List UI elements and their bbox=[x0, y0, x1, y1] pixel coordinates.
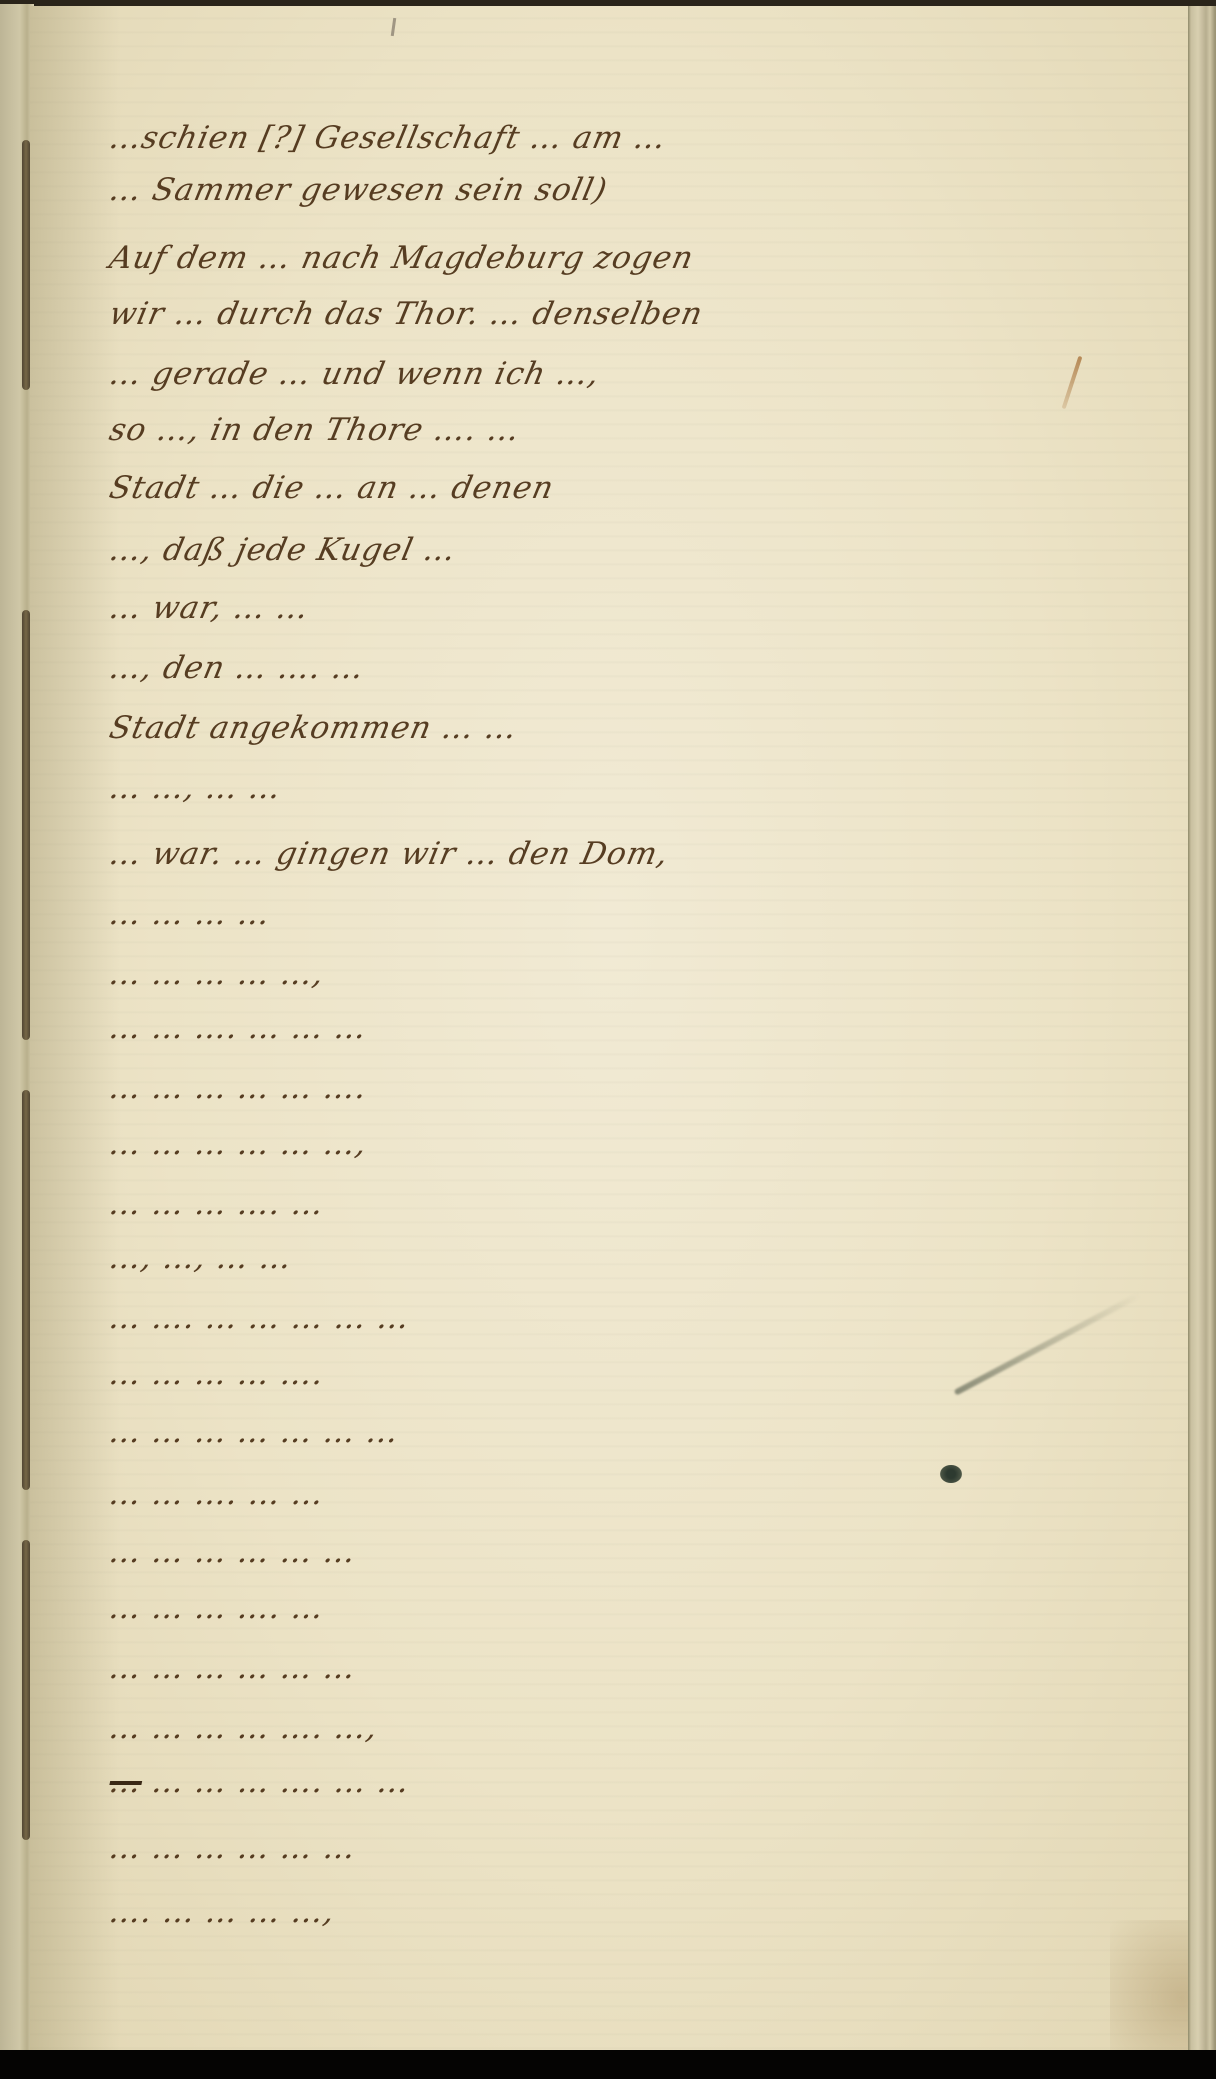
text-line: … …, … … bbox=[106, 770, 285, 806]
text-line: … … … …. … bbox=[106, 1186, 328, 1222]
binding-thread bbox=[22, 140, 30, 390]
text-line: Auf dem … nach Magdeburg zogen bbox=[106, 240, 697, 276]
text-line: … Sammer gewesen sein soll) bbox=[106, 172, 611, 208]
binding-thread bbox=[22, 1540, 30, 1840]
struck-word: … bbox=[106, 1764, 146, 1800]
text-line: … … … … …. …, bbox=[106, 1710, 382, 1746]
text-line: … … … … … …. bbox=[106, 1070, 371, 1106]
text-line: wir … durch das Thor. … denselben bbox=[106, 296, 706, 332]
text-line: … … … … … … bbox=[106, 1650, 360, 1686]
text-line: … …. … … … … … bbox=[106, 1300, 414, 1336]
text-line: … … …. … … bbox=[106, 1476, 328, 1512]
text-line: … … … … …. bbox=[106, 1356, 328, 1392]
line-text: … … … …. … … bbox=[149, 1764, 414, 1800]
text-line: …, den … …. … bbox=[106, 650, 368, 686]
text-line: Stadt angekommen … … bbox=[106, 710, 521, 746]
text-line: … war. … gingen wir … den Dom, bbox=[106, 836, 672, 872]
page-fore-edge bbox=[1188, 6, 1216, 2052]
text-line: … … …. … … … bbox=[106, 1010, 371, 1046]
text-line: … war, … … bbox=[106, 590, 313, 626]
text-line: … … … … … … bbox=[106, 1830, 360, 1866]
text-line: … … … … … …, bbox=[106, 1126, 371, 1162]
binding-thread bbox=[22, 610, 30, 1040]
text-line: …, daß jede Kugel … bbox=[106, 532, 460, 568]
text-line: … … … … … … bbox=[106, 1534, 360, 1570]
text-line: … … … … …, bbox=[106, 956, 328, 992]
text-line: …, …, … … bbox=[106, 1240, 296, 1276]
scan-bottom-border bbox=[0, 2050, 1216, 2079]
text-line: so …, in den Thore …. … bbox=[106, 412, 524, 448]
text-line: …. … … … …, bbox=[106, 1894, 339, 1930]
binding-thread bbox=[22, 1090, 30, 1490]
text-line: Stadt … die … an … denen bbox=[106, 470, 557, 506]
text-line: … … … … … … … bbox=[106, 1414, 403, 1450]
text-line: … … … …. … bbox=[106, 1590, 328, 1626]
ink-blot bbox=[940, 1465, 962, 1483]
text-line: … gerade … und wenn ich …, bbox=[106, 356, 603, 392]
text-line-with-strikethrough: … … … … …. … … bbox=[106, 1764, 414, 1800]
text-line: … … … … bbox=[106, 896, 274, 932]
text-line: …schien [?] Gesellschaft … am … bbox=[106, 120, 670, 156]
corner-stain bbox=[1110, 1920, 1200, 2050]
